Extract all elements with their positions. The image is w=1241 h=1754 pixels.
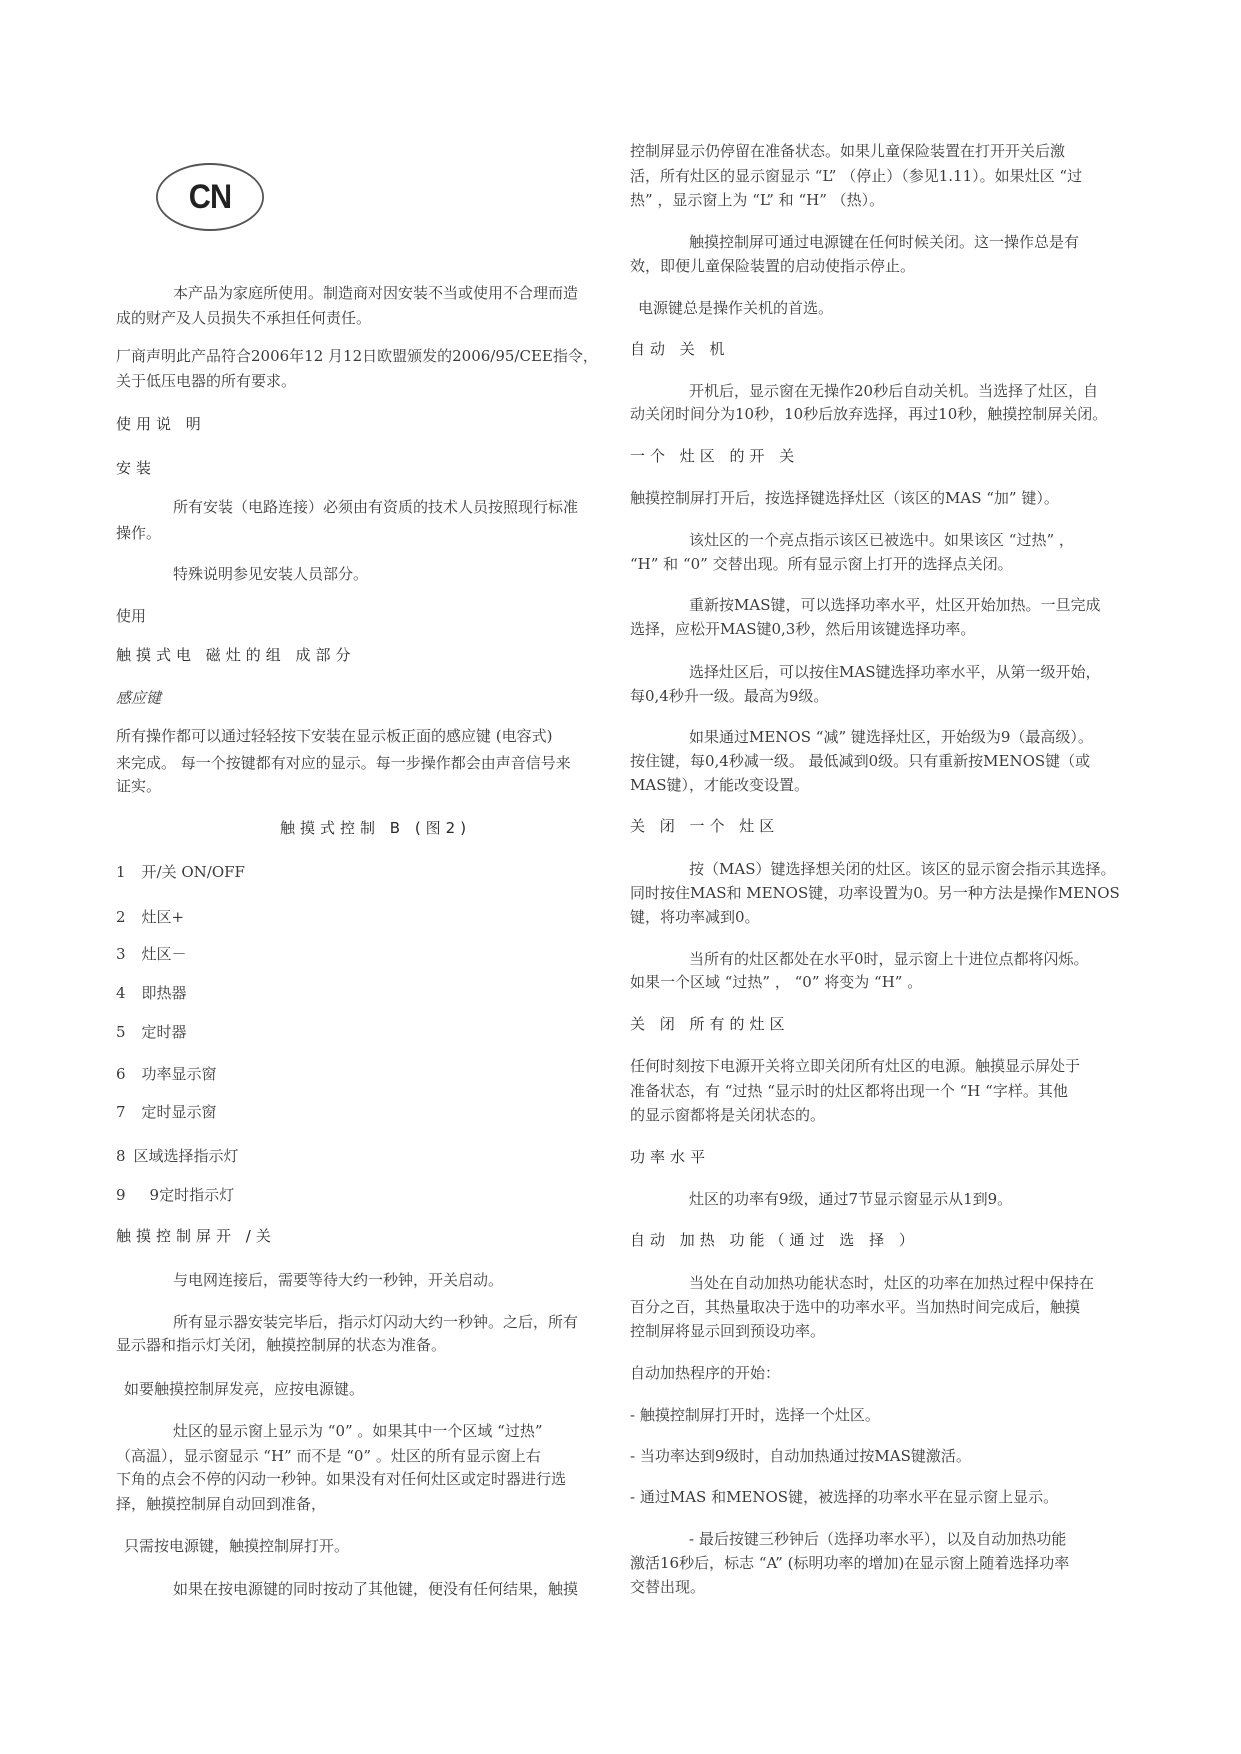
close-zone-paragraph: 如果一个区域 “过热” ， “0” 将变为 “H” 。 <box>630 972 922 992</box>
close-all-paragraph: 的显示窗都将是关闭状态的。 <box>630 1105 825 1125</box>
on-off-paragraph: 如要触摸控制屏发亮，应按电源键。 <box>124 1379 364 1399</box>
zone-paragraph: 选择灶区后，可以按住MAS键选择功率水平，从第一级开始， <box>689 662 1100 682</box>
child-lock-paragraph: 活，所有灶区的显示窗显示 “L” （停止）（参见1.11）。如果灶区 “过 <box>630 166 1082 186</box>
list-item: 7定时显示窗 <box>116 1102 217 1122</box>
close-zone-paragraph: 同时按住MAS和 MENOS键，功率设置为0。另一种方法是操作MENOS <box>630 883 1120 903</box>
on-off-paragraph: 如果在按电源键的同时按动了其他键，便没有任何结果，触摸 <box>173 1579 578 1599</box>
close-all-paragraph: 任何时刻按下电源开关将立即关闭所有灶区的电源。触摸显示屏处于 <box>630 1056 1080 1076</box>
auto-heat-paragraph: 百分之百，其热量取决于选中的功率水平。当加热时间完成后，触摸 <box>630 1297 1080 1317</box>
country-code-text: CN <box>189 178 231 217</box>
zone-paragraph: 该灶区的一个亮点指示该区已被选中。如果该区 “过热” ， <box>689 530 1074 550</box>
list-item: 6功率显示窗 <box>116 1064 217 1084</box>
on-off-paragraph: 只需按电源键，触摸控制屏打开。 <box>124 1536 349 1556</box>
manual-page: CN 本产品为家庭所使用。制造商对因安装不当或使用不合理而造 成的财产及人员损失… <box>0 0 1241 1754</box>
section-heading-parts: 触摸式电 磁灶的组 成部分 <box>116 645 356 665</box>
section-heading-touch-on-off: 触摸控制屏开 /关 <box>116 1226 276 1246</box>
section-heading-usage: 使用说 明 <box>116 414 206 434</box>
power-off-paragraph: 触摸控制屏可通过电源键在任何时候关闭。这一操作总是有 <box>689 232 1079 252</box>
list-item: 8区域选择指示灯 <box>116 1146 239 1166</box>
zone-paragraph: 如果通过MENOS “减” 键选择灶区，开始级为9（最高级）。 <box>689 727 1093 747</box>
zone-paragraph: 选择，应松开MAS键0,3秒，然后用该键选择功率。 <box>630 619 975 639</box>
list-item: 2灶区+ <box>116 907 184 927</box>
section-heading-close-all-zones: 关 闭 所有的灶区 <box>630 1014 790 1034</box>
auto-heat-paragraph: 控制屏将显示回到预设功率。 <box>630 1321 825 1341</box>
sensor-paragraph: 证实。 <box>116 776 161 796</box>
display-paragraph: 择，触摸控制屏自动回到准备， <box>116 1494 326 1514</box>
list-item: - 当功率达到9级时，自动加热通过按MAS键激活。 <box>630 1446 971 1466</box>
zone-paragraph: 按住键，每0,4秒减一级。 最低减到0级。只有重新按MENOS键（或 <box>630 751 1090 771</box>
close-zone-paragraph: 键，将功率减到0。 <box>630 907 760 927</box>
zone-paragraph: 触摸控制屏打开后，按选择键选择灶区（该区的MAS “加” 键）。 <box>630 488 1059 508</box>
list-item: - 最后按键三秒钟后（选择功率水平），以及自动加热功能 <box>689 1529 1066 1549</box>
list-item: 5定时器 <box>116 1022 187 1042</box>
sensor-keys-title: 感应键 <box>116 688 161 708</box>
section-heading-auto-heat: 自动 加热 功能（通过 选 择 ） <box>630 1230 919 1250</box>
sensor-paragraph: 来完成。 每一个按键都有对应的显示。每一步操作都会由声音信号来 <box>116 753 571 773</box>
section-heading-install: 安装 <box>116 458 156 478</box>
close-zone-paragraph: 当所有的灶区都处在水平0时，显示窗上十进位点都将闪烁。 <box>689 949 1089 969</box>
on-off-paragraph: 所有显示器安装完毕后，指示灯闪动大约一秒钟。之后，所有 <box>173 1312 578 1332</box>
auto-heat-start-label: 自动加热程序的开始： <box>630 1363 780 1383</box>
close-all-paragraph: 准备状态，有 “过热 “显示时的灶区都将出现一个 “H “字样。其他 <box>630 1081 1068 1101</box>
auto-heat-paragraph: 当处在自动加热功能状态时，灶区的功率在加热过程中保持在 <box>689 1273 1094 1293</box>
close-zone-paragraph: 按（MAS）键选择想关闭的灶区。该区的显示窗会指示其选择。 <box>689 859 1115 879</box>
list-item: - 触摸控制屏打开时，选择一个灶区。 <box>630 1405 880 1425</box>
section-heading-auto-off: 自动 关 机 <box>630 339 730 359</box>
compliance-paragraph: 关于低压电器的所有要求。 <box>116 371 296 391</box>
list-item: 交替出现。 <box>630 1577 705 1597</box>
list-item: - 通过MAS 和MENOS键，被选择的功率水平在显示窗上显示。 <box>630 1487 1058 1507</box>
list-item: 激活16秒后，标志 “A” (标明功率的增加)在显示窗上随着选择功率 <box>630 1553 1069 1573</box>
display-paragraph: 灶区的显示窗上显示为 “0” 。如果其中一个区域 “过热” <box>173 1421 543 1441</box>
intro-paragraph: 本产品为家庭所使用。制造商对因安装不当或使用不合理而造 <box>173 283 578 303</box>
power-level-paragraph: 灶区的功率有9级，通过7节显示窗显示从1到9。 <box>689 1189 1012 1209</box>
zone-paragraph: MAS键），才能改变设置。 <box>630 775 809 795</box>
power-key-note: 电源键总是操作关机的首选。 <box>638 298 833 318</box>
list-item: 99定时指示灯 <box>116 1185 234 1205</box>
install-note: 特殊说明参见安装人员部分。 <box>173 564 368 584</box>
intro-paragraph: 成的财产及人员损失不承担任何责任。 <box>116 308 371 328</box>
on-off-paragraph: 与电网连接后，需要等待大约一秒钟，开关启动。 <box>173 1270 503 1290</box>
section-heading-touch-control: 触摸式控制 B (图2) <box>280 818 471 838</box>
section-heading-zone-switch: 一个 灶区 的开 关 <box>630 446 799 466</box>
child-lock-paragraph: 控制屏显示仍停留在准备状态。如果儿童保险装置在打开开关后激 <box>630 141 1065 161</box>
list-item: 3灶区－ <box>116 944 187 964</box>
install-paragraph: 所有安装（电路连接）必须由有资质的技术人员按照现行标准 <box>173 497 578 517</box>
child-lock-paragraph: 热” ，显示窗上为 “L” 和 “H” （热）。 <box>630 190 884 210</box>
auto-off-paragraph: 动关闭时间分为10秒，10秒后放弃选择，再过10秒，触摸控制屏关闭。 <box>630 404 1107 424</box>
zone-paragraph: 每0,4秒升一级。最高为9级。 <box>630 686 828 706</box>
display-paragraph: （高温），显示窗显示 “H” 而不是 “0” 。灶区的所有显示窗上右 <box>116 1446 541 1466</box>
list-item: 1开/关 ON/OFF <box>116 862 245 882</box>
list-item: 4即热器 <box>116 983 187 1003</box>
power-off-paragraph: 效，即便儿童保险装置的启动使指示停止。 <box>630 256 915 276</box>
section-heading-close-one-zone: 关 闭 一个 灶区 <box>630 816 779 836</box>
zone-paragraph: 重新按MAS键，可以选择功率水平，灶区开始加热。一旦完成 <box>689 595 1100 615</box>
sensor-paragraph: 所有操作都可以通过轻轻按下安装在显示板正面的感应键 (电容式) <box>116 726 552 746</box>
use-label: 使用 <box>116 606 146 626</box>
display-paragraph: 下角的点会不停的闪动一秒钟。如果没有对任何灶区或定时器进行选 <box>116 1469 566 1489</box>
country-code-badge: CN <box>156 163 264 231</box>
section-heading-power-level: 功率水平 <box>630 1147 710 1167</box>
install-paragraph: 操作。 <box>116 523 161 543</box>
compliance-paragraph: 厂商声明此产品符合2006年12 月12日欧盟颁发的2006/95/CEE指令， <box>116 346 598 366</box>
auto-off-paragraph: 开机后，显示窗在无操作20秒后自动关机。当选择了灶区，自 <box>689 381 1098 401</box>
zone-paragraph: “H” 和 “0” 交替出现。所有显示窗上打开的选择点关闭。 <box>630 554 1013 574</box>
on-off-paragraph: 显示器和指示灯关闭，触摸控制屏的状态为准备。 <box>116 1335 446 1355</box>
